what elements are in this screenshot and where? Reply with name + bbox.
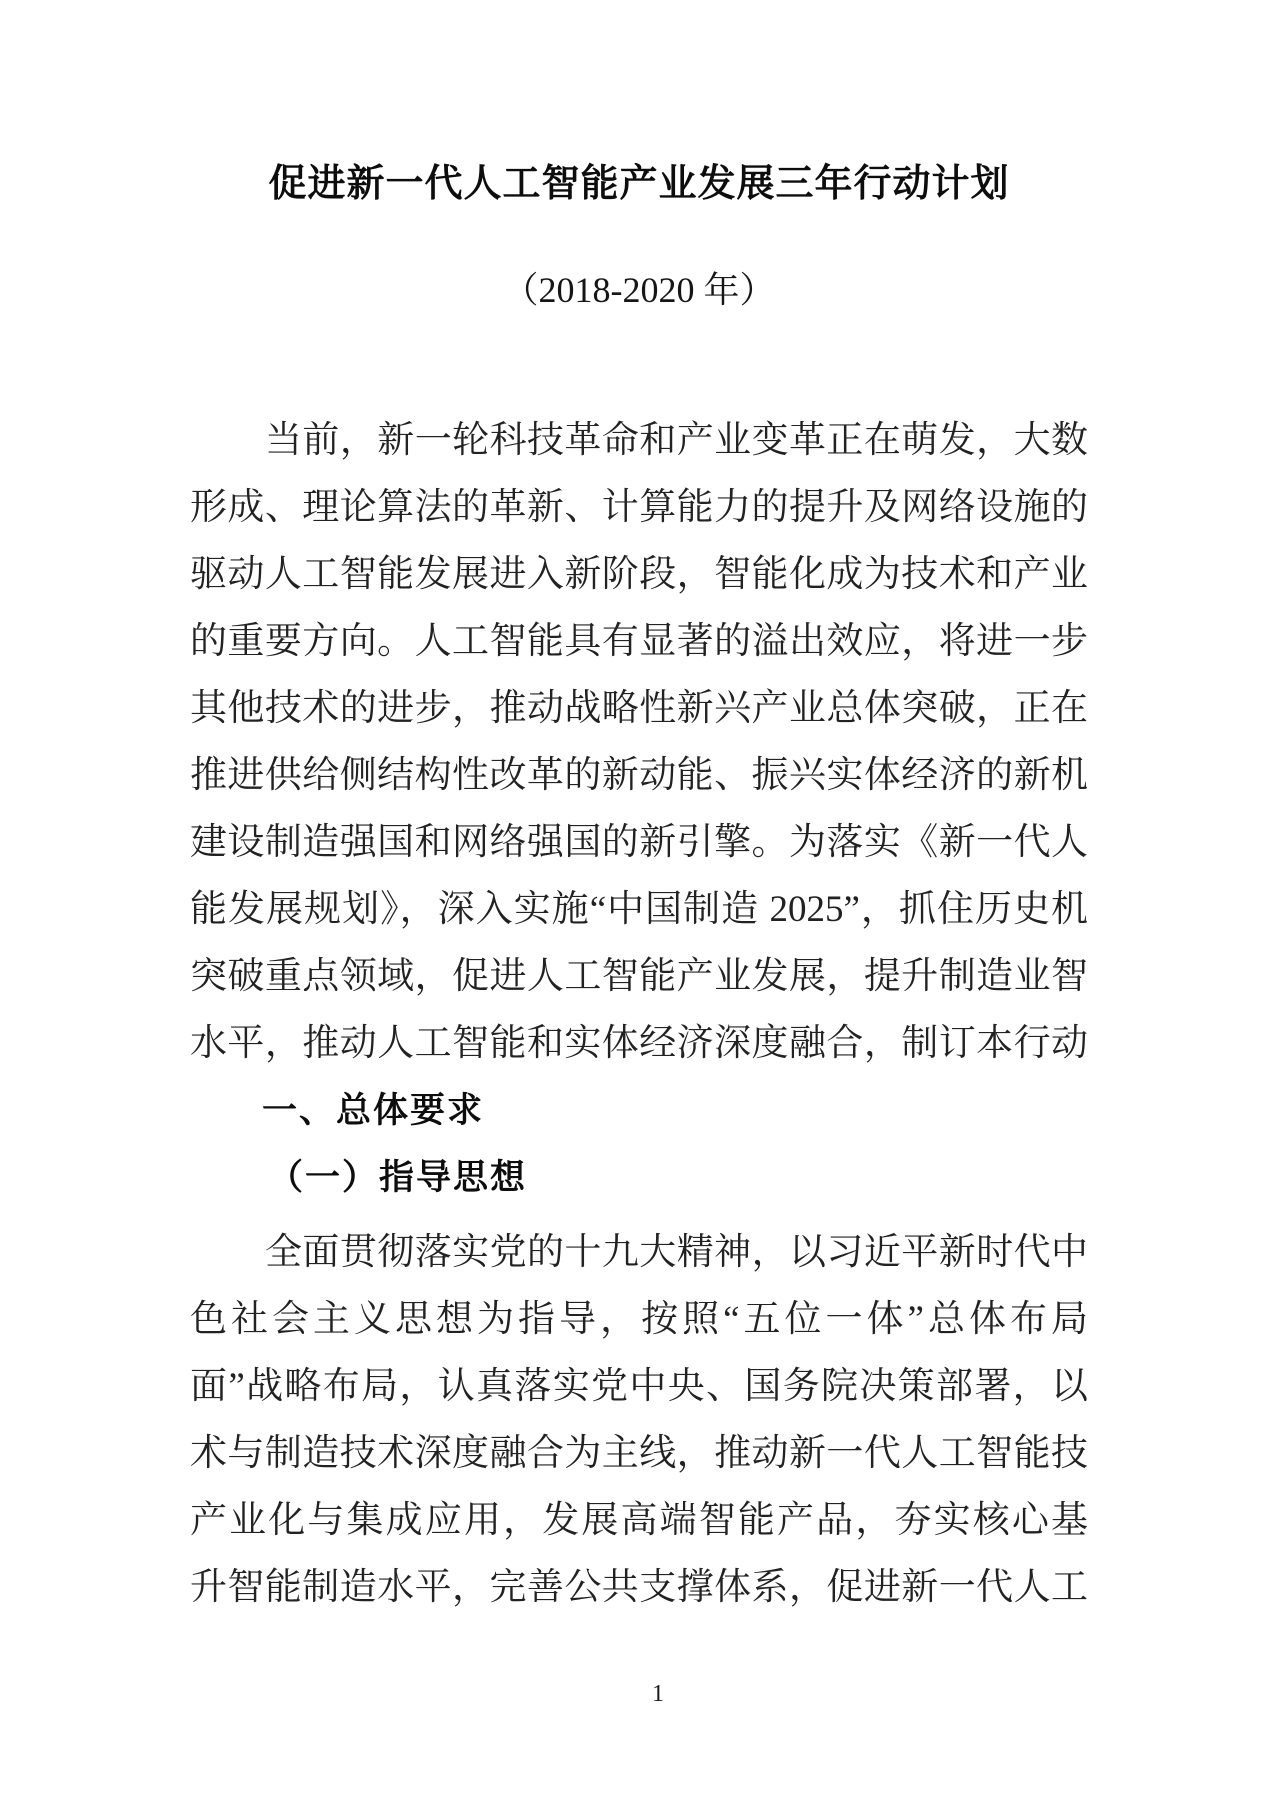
guiding-ideology-paragraph: 全面贯彻落实党的十九大精神，以习近平新时代中国特 色社会主义思想为指导，按照“五…	[190, 1219, 1088, 1621]
text-line: 产业化与集成应用，发展高端智能产品，夯实核心基础，提	[190, 1487, 1088, 1554]
text-line: 面”战略布局，认真落实党中央、国务院决策部署，以信息技	[190, 1353, 1088, 1420]
intro-paragraph: 当前，新一轮科技革命和产业变革正在萌发，大数据的 形成、理论算法的革新、计算能力…	[190, 407, 1088, 1077]
document-subtitle: （2018-2020 年）	[190, 266, 1088, 314]
text-line: 水平，推动人工智能和实体经济深度融合，制订本行动计划。	[190, 1010, 1088, 1077]
text-line: 推进供给侧结构性改革的新动能、振兴实体经济的新机遇、	[190, 742, 1088, 809]
document-page: 促进新一代人工智能产业发展三年行动计划 （2018-2020 年） 当前，新一轮…	[0, 0, 1280, 1810]
text-line: 其他技术的进步，推动战略性新兴产业总体突破，正在成为	[190, 675, 1088, 742]
text-line: 建设制造强国和网络强国的新引擎。为落实《新一代人工智	[190, 809, 1088, 876]
section-heading-overall-requirements: 一、总体要求	[190, 1077, 1088, 1144]
text-line: 术与制造技术深度融合为主线，推动新一代人工智能技术的	[190, 1420, 1088, 1487]
subsection-heading-guiding-ideology: （一）指导思想	[190, 1144, 1088, 1211]
document-title: 促进新一代人工智能产业发展三年行动计划	[190, 160, 1088, 208]
text-line: 能发展规划》，深入实施“中国制造 2025”，抓住历史机遇，	[190, 876, 1088, 943]
text-line: 升智能制造水平，完善公共支撑体系，促进新一代人工智能	[190, 1554, 1088, 1621]
text-line: 形成、理论算法的革新、计算能力的提升及网络设施的演进	[190, 474, 1088, 541]
text-line: 色社会主义思想为指导，按照“五位一体”总体布局和“四个全	[190, 1286, 1088, 1353]
text-line: 驱动人工智能发展进入新阶段，智能化成为技术和产业发展	[190, 541, 1088, 608]
page-number: 1	[652, 1680, 664, 1708]
text-line: 突破重点领域，促进人工智能产业发展，提升制造业智能化	[190, 943, 1088, 1010]
text-line: 当前，新一轮科技革命和产业变革正在萌发，大数据的	[190, 407, 1088, 474]
text-line: 的重要方向。人工智能具有显著的溢出效应，将进一步带动	[190, 608, 1088, 675]
document-body: 当前，新一轮科技革命和产业变革正在萌发，大数据的 形成、理论算法的革新、计算能力…	[190, 407, 1088, 1621]
text-line: 全面贯彻落实党的十九大精神，以习近平新时代中国特	[190, 1219, 1088, 1286]
